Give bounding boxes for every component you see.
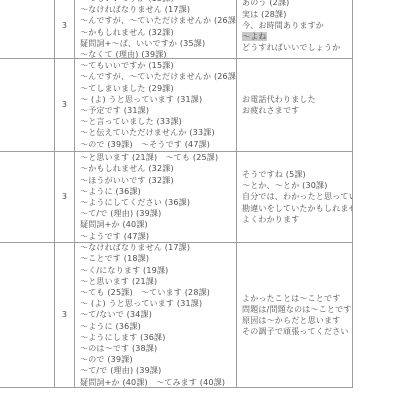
text-line: ～ (よ) うと思っています (31課) [80, 94, 233, 105]
text-line: 実は (28課) [242, 9, 349, 20]
text-line: 疑問詞+か (40課) [80, 219, 233, 230]
level-value: 3 [62, 309, 67, 320]
text-line: ～と思います (21課) ～ても (25課) [80, 152, 233, 163]
text-line: 原因は～からだと思います [242, 315, 349, 326]
text-line: ～ようにします (36課) [80, 332, 233, 343]
text-line: ～ように (36課) [80, 321, 233, 332]
level-cell: 3 [55, 0, 75, 58]
text-line: ～んですが、～ていただけませんか (26課) [80, 71, 233, 82]
text-line: その調子で頑張ってください [242, 326, 349, 337]
phrases-cell: そうですね (5課)～とか、～とか (30課)自分では、わかったと思っていました… [237, 152, 353, 242]
text-line: 問題は/問題なのは～ことです [242, 304, 349, 315]
text-line: ～なくて (理由) (39課) [80, 49, 233, 58]
table-row: 3 ～てもいいですか (15課)～んですが、～ていただけませんか (26課)～て… [0, 59, 353, 152]
level-cell: 3 [55, 152, 75, 242]
text-line: よくわかります [242, 214, 349, 225]
text-line: ～てもいいですか (15課) [80, 60, 233, 71]
empty-cell [0, 152, 55, 242]
text-line: ～ようにしてください (36課) [80, 197, 233, 208]
grammar-cell: ～なければなりません (17課)～ことです (18課)～く/になります (19課… [75, 243, 237, 387]
table-row: 3 ～と思います (21課) ～ても (25課)～かもしれません (32課)～ほ… [0, 152, 353, 243]
text-line: ～て/ないで (34課) [80, 309, 233, 320]
table-row: 3 ～てもいいですか (15課)～なければなりません (17課)～んですが、～て… [0, 0, 353, 59]
level-value: 3 [62, 191, 67, 202]
empty-cell [0, 0, 55, 58]
text-line: ～ことです (18課) [80, 253, 233, 264]
text-line: ～のは～です (38課) [80, 343, 233, 354]
text-line: 自分では、わかったと思っていました [242, 191, 349, 202]
text-line: 今、お時間ありますか [242, 20, 349, 31]
text-line: 疑問詞+か (40課) ～てみます (40課) [80, 377, 233, 387]
text-line: ～ので (39課) [80, 354, 233, 365]
text-line: ～て/で (理由) (39課) [80, 365, 233, 376]
text-line: ～てしまいました (29課) [80, 83, 233, 94]
text-line: ～ようです (47課) [80, 231, 233, 242]
highlighted-text: ～よね [242, 32, 267, 41]
level-value: 3 [62, 20, 67, 31]
level-cell: 3 [55, 59, 75, 151]
text-line: 勘違いをしていたかもしれません [242, 203, 349, 214]
text-line: ～と言っていました (33課) [80, 116, 233, 127]
grammar-cell: ～と思います (21課) ～ても (25課)～かもしれません (32課)～ほうが… [75, 152, 237, 242]
text-line: ～ほうがいいです (32課) [80, 175, 233, 186]
phrases-cell: よかったことは～ことです問題は/問題なのは～ことです原因は～からだと思いますその… [237, 243, 353, 387]
text-line: ～んですが、～ていただけませんか (26課) [80, 15, 233, 26]
table-row: 3 ～なければなりません (17課)～ことです (18課)～く/になります (1… [0, 243, 353, 388]
text-line: ～なければなりません (17課) [80, 4, 233, 15]
text-line: ～かもしれません (32課) [80, 27, 233, 38]
text-line: そうですね (5課) [242, 169, 349, 180]
text-line: ～く/になります (19課) [80, 265, 233, 276]
text-line: どうすればいいでしょうか [242, 42, 349, 53]
text-line: ～かもしれません (32課) [80, 163, 233, 174]
document-page: 3 ～てもいいですか (15課)～なければなりません (17課)～んですが、～て… [0, 0, 400, 400]
text-line: あのう (2課) [242, 0, 349, 9]
text-line: ～とか、～とか (30課) [242, 180, 349, 191]
grammar-cell: ～てもいいですか (15課)～なければなりません (17課)～んですが、～ていた… [75, 0, 237, 58]
text-line: ～と伝えていただけませんか (33課) [80, 127, 233, 138]
level-value: 3 [62, 99, 67, 110]
text-line: お電話代わりました [242, 94, 349, 105]
grammar-summary-table: 3 ～てもいいですか (15課)～なければなりません (17課)～んですが、～て… [0, 0, 353, 388]
text-line: ～と思います (21課) [80, 276, 233, 287]
text-line: ～ても (25課) ～ています (28課) [80, 287, 233, 298]
grammar-cell: ～てもいいですか (15課)～んですが、～ていただけませんか (26課)～てしま… [75, 59, 237, 151]
level-cell: 3 [55, 243, 75, 387]
text-line: お疲れさまです [242, 105, 349, 116]
text-line: ～ように (36課) [80, 186, 233, 197]
text-line: ～よね [242, 31, 349, 42]
text-line: ～て/で (理由) (39課) [80, 208, 233, 219]
text-line: ～予定です (31課) [80, 105, 233, 116]
text-line: ～ので (39課) ～そうです (47課) [80, 139, 233, 150]
text-line: ～ (よ) うと思っています (31課) [80, 298, 233, 309]
phrases-cell: お電話代わりましたお疲れさまです [237, 59, 353, 151]
empty-cell [0, 243, 55, 387]
text-line: ～なければなりません (17課) [80, 243, 233, 253]
text-line: よかったことは～ことです [242, 293, 349, 304]
text-line: 疑問詞+～ば、いいですか (35課) [80, 38, 233, 49]
empty-cell [0, 59, 55, 151]
phrases-cell: あのう (2課)実は (28課)今、お時間ありますか～よねどうすればいいでしょう… [237, 0, 353, 58]
